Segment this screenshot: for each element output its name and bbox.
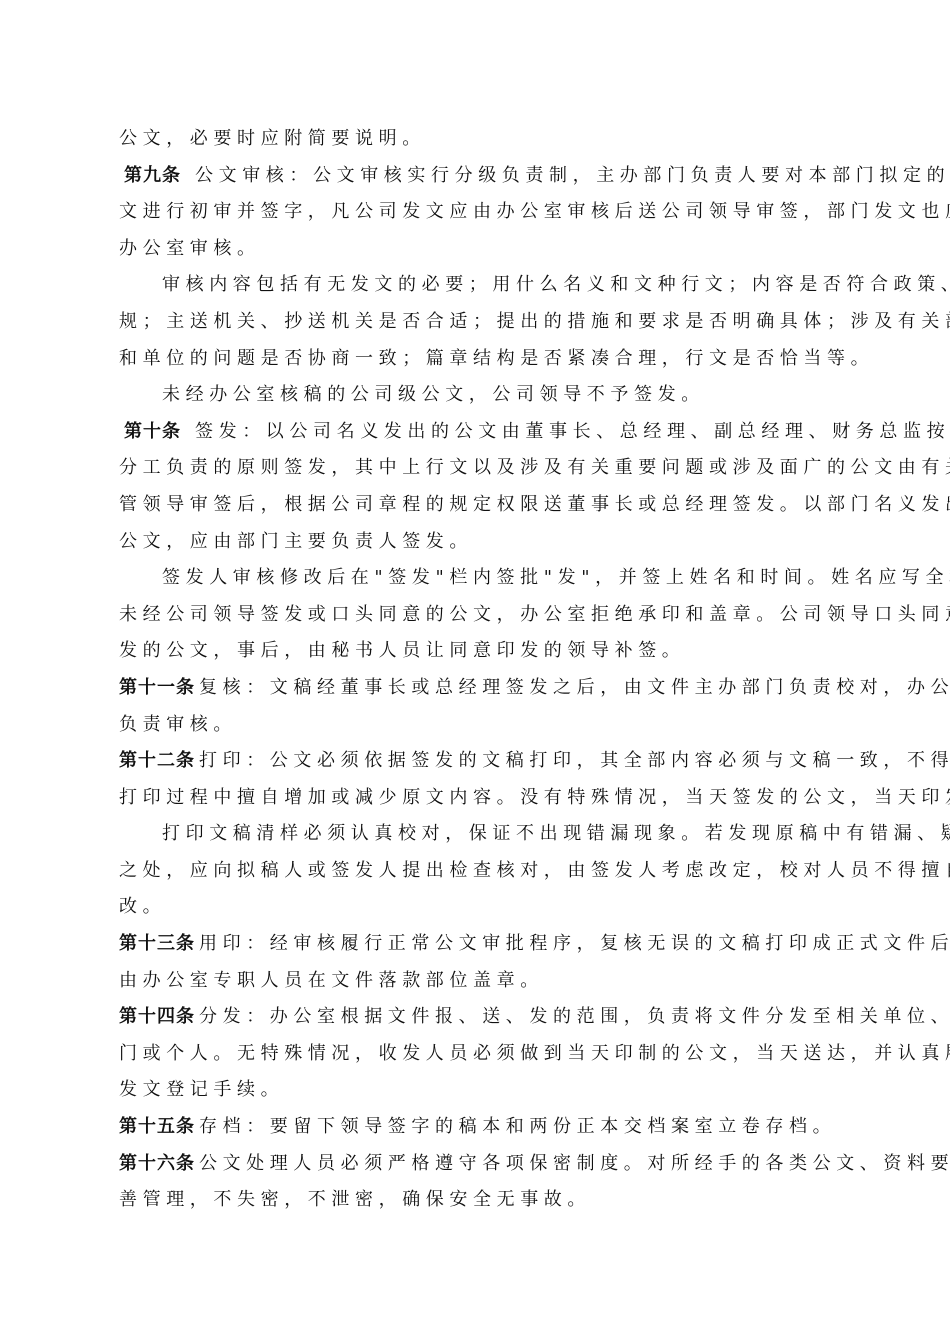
- text-line: 规；主送机关、抄送机关是否合适；提出的措施和要求是否明确具体；涉及有关部门: [119, 304, 831, 341]
- text-line: 办公室审核。: [119, 231, 831, 268]
- paragraph-line: 打印文稿清样必须认真校对，保证不出现错漏现象。若发现原稿中有错漏、疑问: [119, 816, 831, 853]
- paragraph-line: 未经办公室核稿的公司级公文，公司领导不予签发。: [119, 377, 831, 414]
- article-label: 第十二条: [119, 750, 195, 771]
- text-line: 公文，必要时应附简要说明。: [119, 121, 831, 158]
- article-text: 公文处理人员必须严格遵守各项保密制度。对所经手的各类公文、资料要妥: [195, 1153, 950, 1174]
- article-text: 存档：要留下领导签字的稿本和两份正本交档案室立卷存档。: [195, 1116, 836, 1137]
- article-14-line: 第十四条分发：办公室根据文件报、送、发的范围，负责将文件分发至相关单位、部: [119, 999, 831, 1036]
- article-label: 第十条: [124, 421, 181, 442]
- text-line: 之处，应向拟稿人或签发人提出检查核对，由签发人考虑改定，校对人员不得擅自修: [119, 853, 831, 890]
- article-16-line: 第十六条公文处理人员必须严格遵守各项保密制度。对所经手的各类公文、资料要妥: [119, 1146, 831, 1183]
- text-line: 文进行初审并签字，凡公司发文应由办公室审核后送公司领导审签，部门发文也应由: [119, 194, 831, 231]
- article-label: 第十五条: [119, 1116, 195, 1137]
- article-15-line: 第十五条存档：要留下领导签字的稿本和两份正本交档案室立卷存档。: [119, 1109, 831, 1146]
- article-label: 第九条: [124, 165, 181, 186]
- text-line: 发的公文，事后，由秘书人员让同意印发的领导补签。: [119, 633, 831, 670]
- article-11-line: 第十一条复核：文稿经董事长或总经理签发之后，由文件主办部门负责校对，办公室: [119, 670, 831, 707]
- text-line: 管领导审签后，根据公司章程的规定权限送董事长或总经理签发。以部门名义发出的: [119, 487, 831, 524]
- text-line: 善管理，不失密，不泄密，确保安全无事故。: [119, 1182, 831, 1219]
- article-text: 签发：以公司名义发出的公文由董事长、总经理、副总经理、财务总监按照: [181, 421, 950, 442]
- article-12-line: 第十二条打印：公文必须依据签发的文稿打印，其全部内容必须与文稿一致，不得在: [119, 743, 831, 780]
- text-line: 公文，应由部门主要负责人签发。: [119, 524, 831, 561]
- article-text: 公文审核：公文审核实行分级负责制，主办部门负责人要对本部门拟定的公: [181, 165, 950, 186]
- article-text: 打印：公文必须依据签发的文稿打印，其全部内容必须与文稿一致，不得在: [195, 750, 950, 771]
- text-line: 发文登记手续。: [119, 1072, 831, 1109]
- text-line: 打印过程中擅自增加或减少原文内容。没有特殊情况，当天签发的公文，当天印发。: [119, 780, 831, 817]
- paragraph-line: 审核内容包括有无发文的必要；用什么名义和文种行文；内容是否符合政策、法: [119, 267, 831, 304]
- text-line: 分工负责的原则签发，其中上行文以及涉及有关重要问题或涉及面广的公文由有关分: [119, 450, 831, 487]
- article-label: 第十四条: [119, 1006, 195, 1027]
- text-line: 负责审核。: [119, 707, 831, 744]
- paragraph-line: 签发人审核修改后在"签发"栏内签批"发"，并签上姓名和时间。姓名应写全称。: [119, 560, 831, 597]
- text-line: 和单位的问题是否协商一致；篇章结构是否紧凑合理，行文是否恰当等。: [119, 341, 831, 378]
- document-page: 公文，必要时应附简要说明。 第九条公文审核：公文审核实行分级负责制，主办部门负责…: [119, 121, 831, 1219]
- article-text: 复核：文稿经董事长或总经理签发之后，由文件主办部门负责校对，办公室: [195, 677, 950, 698]
- text-line: 由办公室专职人员在文件落款部位盖章。: [119, 963, 831, 1000]
- article-label: 第十一条: [119, 677, 195, 698]
- article-label: 第十三条: [119, 933, 195, 954]
- article-label: 第十六条: [119, 1153, 195, 1174]
- text-line: 门或个人。无特殊情况，收发人员必须做到当天印制的公文，当天送达，并认真履行: [119, 1036, 831, 1073]
- article-text: 分发：办公室根据文件报、送、发的范围，负责将文件分发至相关单位、部: [195, 1006, 950, 1027]
- article-9-line: 第九条公文审核：公文审核实行分级负责制，主办部门负责人要对本部门拟定的公: [119, 158, 831, 195]
- article-13-line: 第十三条用印：经审核履行正常公文审批程序，复核无误的文稿打印成正式文件后，: [119, 926, 831, 963]
- article-text: 用印：经审核履行正常公文审批程序，复核无误的文稿打印成正式文件后，: [195, 933, 950, 954]
- article-10-line: 第十条签发：以公司名义发出的公文由董事长、总经理、副总经理、财务总监按照: [119, 414, 831, 451]
- text-line: 改。: [119, 889, 831, 926]
- text-line: 未经公司领导签发或口头同意的公文，办公室拒绝承印和盖章。公司领导口头同意印: [119, 597, 831, 634]
